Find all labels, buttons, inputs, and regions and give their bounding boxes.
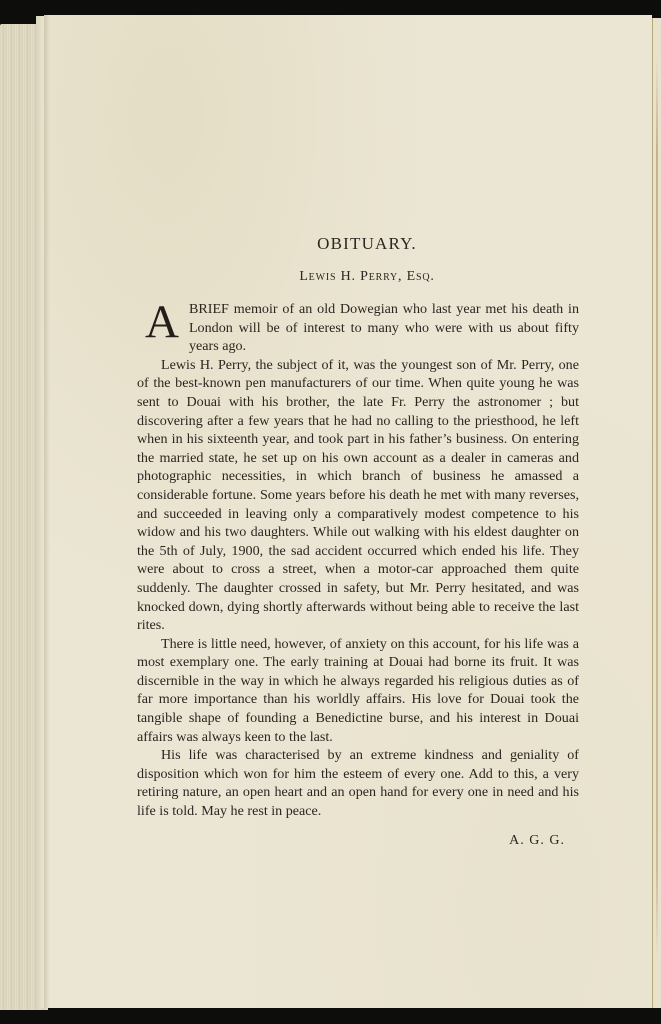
paragraph-3: There is little need, however, of anxiet… [137, 635, 579, 747]
drop-cap-letter: A [145, 302, 179, 342]
obituary-text-block: OBITUARY. Lewis H. Perry, Esq. ABRIEF me… [137, 232, 579, 849]
paragraph-4: His life was characterised by an extreme… [137, 746, 579, 820]
obituary-body: ABRIEF memoir of an old Dowegian who las… [137, 300, 579, 821]
paragraph-text: There is little need, however, of anxiet… [137, 636, 579, 745]
page-shadow [44, 15, 50, 1008]
obituary-subject-heading: Lewis H. Perry, Esq. [155, 266, 579, 288]
spine-fold-line [656, 58, 658, 958]
paragraph-1: ABRIEF memoir of an old Dowegian who las… [137, 300, 579, 356]
paragraph-text: Lewis H. Perry, the subject of it, was t… [137, 357, 579, 633]
page-title: OBITUARY. [155, 232, 579, 256]
paragraph-text: BRIEF memoir of an old Dowegian who last… [189, 301, 579, 354]
paragraph-text: His life was characterised by an extreme… [137, 747, 579, 819]
author-signature: A. G. G. [137, 833, 579, 849]
right-page-edge [652, 18, 661, 1008]
scanned-book-page: OBITUARY. Lewis H. Perry, Esq. ABRIEF me… [0, 0, 661, 1024]
paragraph-2: Lewis H. Perry, the subject of it, was t… [137, 356, 579, 635]
